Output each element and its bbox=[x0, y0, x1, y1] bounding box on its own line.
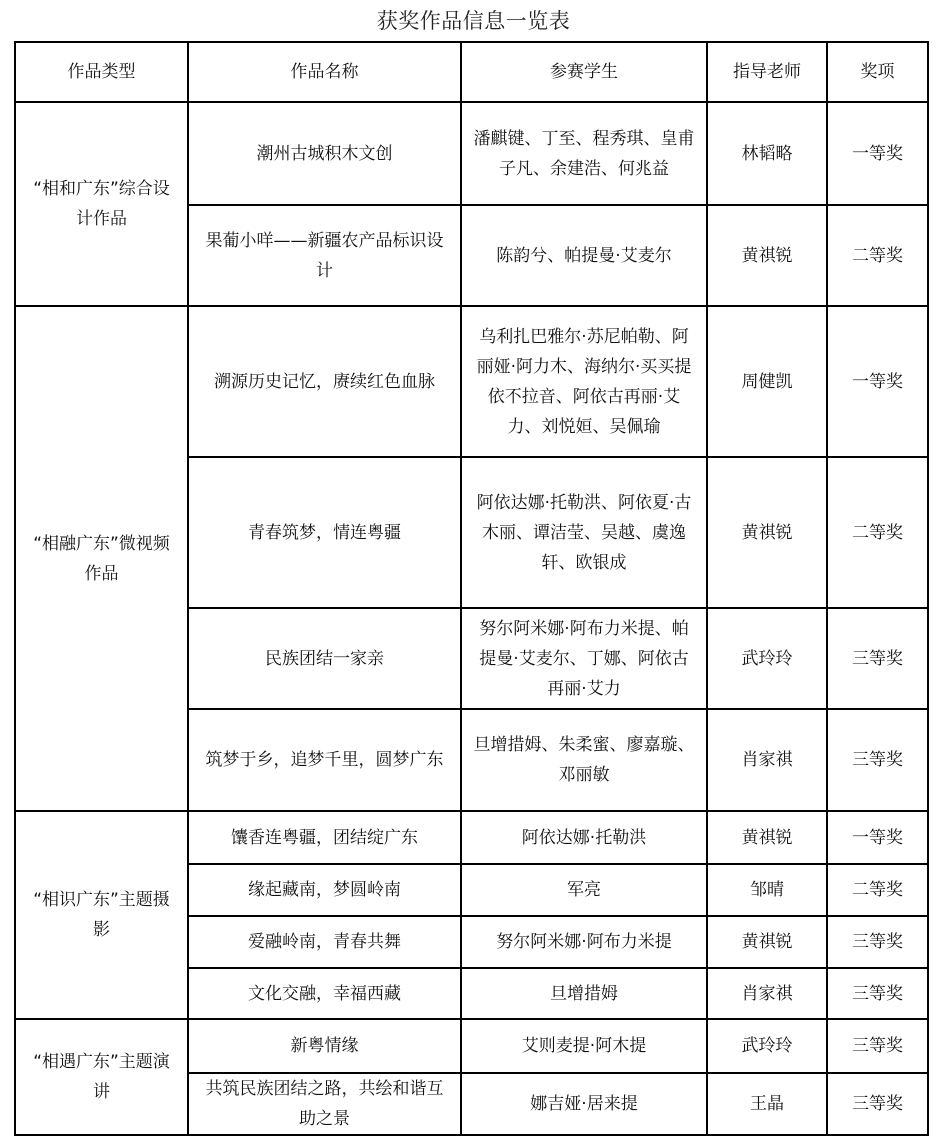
teacher-cell: 王晶 bbox=[707, 1073, 827, 1135]
students-cell: 军亮 bbox=[461, 864, 707, 916]
students-cell: 陈韵兮、帕提曼·艾麦尔 bbox=[461, 205, 707, 306]
header-work-name: 作品名称 bbox=[188, 42, 461, 102]
table-row: “相融广东”微视频作品 溯源历史记忆，赓续红色血脉 乌利扎巴雅尔·苏尼帕勒、阿丽… bbox=[15, 306, 928, 457]
work-name-cell: 果葡小咩——新疆农产品标识设计 bbox=[188, 205, 461, 306]
students-cell: 努尔阿米娜·阿布力米提 bbox=[461, 916, 707, 968]
work-name-cell: 馕香连粤疆，团结绽广东 bbox=[188, 811, 461, 864]
award-cell: 三等奖 bbox=[827, 608, 928, 709]
award-cell: 一等奖 bbox=[827, 306, 928, 457]
award-cell: 一等奖 bbox=[827, 811, 928, 864]
work-name-cell: 爱融岭南，青春共舞 bbox=[188, 916, 461, 968]
category-cell: “相和广东”综合设计作品 bbox=[15, 102, 188, 306]
table-row: “相遇广东”主题演讲 新粤情缘 艾则麦提·阿木提 武玲玲 三等奖 bbox=[15, 1019, 928, 1073]
award-cell: 三等奖 bbox=[827, 1073, 928, 1135]
teacher-cell: 邹晴 bbox=[707, 864, 827, 916]
students-cell: 娜吉娅·居来提 bbox=[461, 1073, 707, 1135]
teacher-cell: 林韬略 bbox=[707, 102, 827, 205]
header-award: 奖项 bbox=[827, 42, 928, 102]
teacher-cell: 黄祺锐 bbox=[707, 916, 827, 968]
award-cell: 一等奖 bbox=[827, 102, 928, 205]
award-cell: 三等奖 bbox=[827, 916, 928, 968]
teacher-cell: 武玲玲 bbox=[707, 1019, 827, 1073]
table-row: “相识广东”主题摄影 馕香连粤疆，团结绽广东 阿依达娜·托勒洪 黄祺锐 一等奖 bbox=[15, 811, 928, 864]
teacher-cell: 肖家祺 bbox=[707, 968, 827, 1019]
award-cell: 二等奖 bbox=[827, 457, 928, 608]
students-cell: 旦增措姆、朱柔蜜、廖嘉璇、邓丽敏 bbox=[461, 709, 707, 811]
award-cell: 三等奖 bbox=[827, 968, 928, 1019]
awards-table: 作品类型 作品名称 参赛学生 指导老师 奖项 “相和广东”综合设计作品 潮州古城… bbox=[14, 41, 929, 1136]
students-cell: 旦增措姆 bbox=[461, 968, 707, 1019]
header-category: 作品类型 bbox=[15, 42, 188, 102]
teacher-cell: 黄祺锐 bbox=[707, 457, 827, 608]
award-cell: 三等奖 bbox=[827, 709, 928, 811]
work-name-cell: 溯源历史记忆，赓续红色血脉 bbox=[188, 306, 461, 457]
table-row: “相和广东”综合设计作品 潮州古城积木文创 潘麒键、丁至、程秀琪、皇甫子凡、余建… bbox=[15, 102, 928, 205]
award-cell: 二等奖 bbox=[827, 205, 928, 306]
work-name-cell: 文化交融，幸福西藏 bbox=[188, 968, 461, 1019]
students-cell: 乌利扎巴雅尔·苏尼帕勒、阿丽娅·阿力木、海纳尔·买买提依不拉音、阿依古再丽·艾力… bbox=[461, 306, 707, 457]
category-cell: “相遇广东”主题演讲 bbox=[15, 1019, 188, 1135]
work-name-cell: 共筑民族团结之路，共绘和谐互助之景 bbox=[188, 1073, 461, 1135]
award-cell: 三等奖 bbox=[827, 1019, 928, 1073]
work-name-cell: 缘起藏南，梦圆岭南 bbox=[188, 864, 461, 916]
students-cell: 潘麒键、丁至、程秀琪、皇甫子凡、余建浩、何兆益 bbox=[461, 102, 707, 205]
teacher-cell: 黄祺锐 bbox=[707, 811, 827, 864]
students-cell: 艾则麦提·阿木提 bbox=[461, 1019, 707, 1073]
teacher-cell: 武玲玲 bbox=[707, 608, 827, 709]
students-cell: 阿依达娜·托勒洪、阿依夏·古木丽、谭洁莹、吴越、虞逸轩、欧银成 bbox=[461, 457, 707, 608]
work-name-cell: 新粤情缘 bbox=[188, 1019, 461, 1073]
work-name-cell: 筑梦于乡，追梦千里，圆梦广东 bbox=[188, 709, 461, 811]
category-cell: “相识广东”主题摄影 bbox=[15, 811, 188, 1019]
header-row: 作品类型 作品名称 参赛学生 指导老师 奖项 bbox=[15, 42, 928, 102]
work-name-cell: 民族团结一家亲 bbox=[188, 608, 461, 709]
students-cell: 阿依达娜·托勒洪 bbox=[461, 811, 707, 864]
work-name-cell: 潮州古城积木文创 bbox=[188, 102, 461, 205]
header-students: 参赛学生 bbox=[461, 42, 707, 102]
teacher-cell: 周健凯 bbox=[707, 306, 827, 457]
teacher-cell: 肖家祺 bbox=[707, 709, 827, 811]
award-cell: 二等奖 bbox=[827, 864, 928, 916]
work-name-cell: 青春筑梦，情连粤疆 bbox=[188, 457, 461, 608]
teacher-cell: 黄祺锐 bbox=[707, 205, 827, 306]
table-title: 获奖作品信息一览表 bbox=[0, 6, 947, 36]
category-cell: “相融广东”微视频作品 bbox=[15, 306, 188, 811]
header-teacher: 指导老师 bbox=[707, 42, 827, 102]
students-cell: 努尔阿米娜·阿布力米提、帕提曼·艾麦尔、丁娜、阿依古再丽·艾力 bbox=[461, 608, 707, 709]
